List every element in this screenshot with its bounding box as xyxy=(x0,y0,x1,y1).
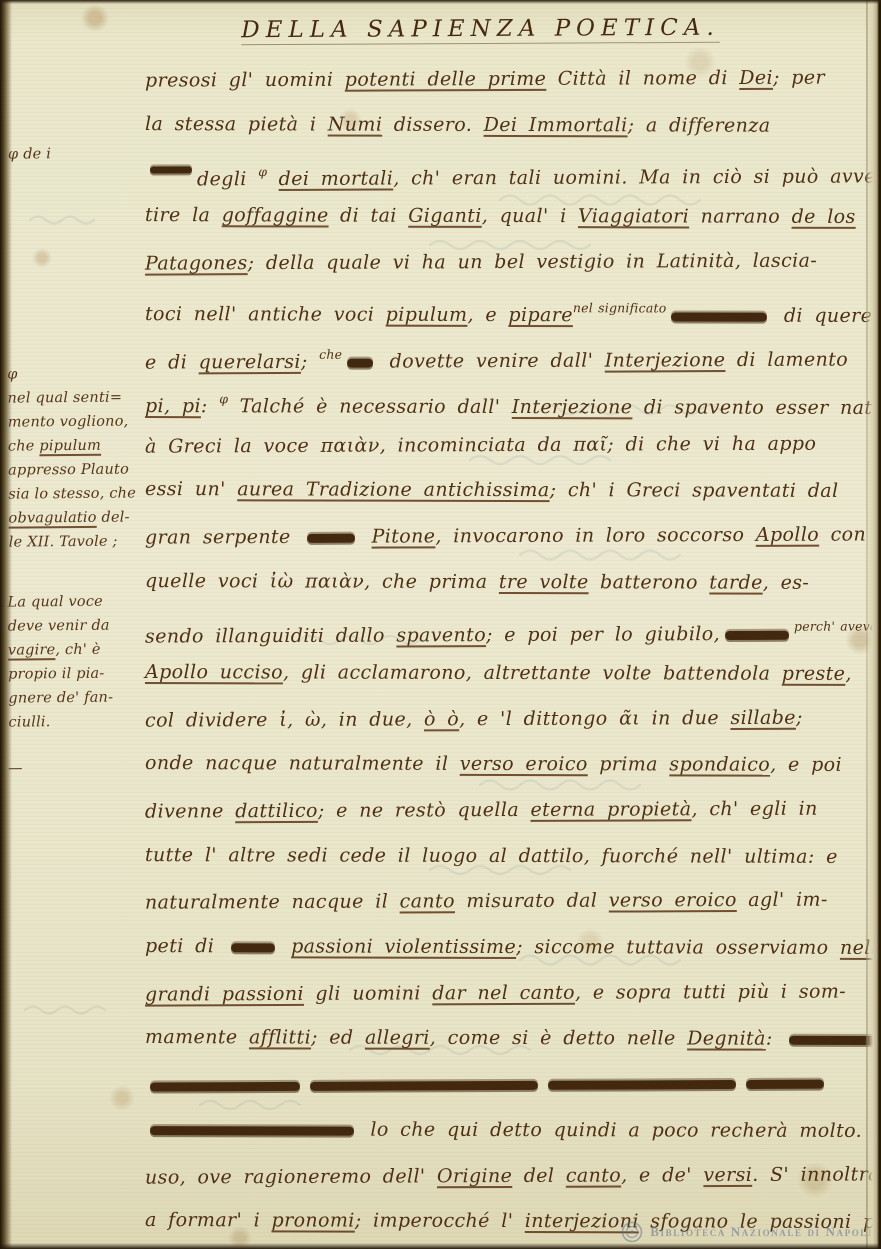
text-segment: ; e ne restò quella xyxy=(318,799,531,822)
ink-blot xyxy=(307,533,355,542)
manuscript-line: uso, ove ragioneremo dell' Origine del c… xyxy=(145,1152,871,1201)
text-segment: dei mortali xyxy=(279,168,394,190)
text-segment: ; e poi per lo giubilo, xyxy=(486,623,720,646)
text-segment: ; xyxy=(301,351,319,373)
manuscript-line: onde nacque naturalmente il verso eroico… xyxy=(145,741,871,789)
manuscript-line: e di querelarsi; che dovette venire dall… xyxy=(145,330,871,379)
text-segment: Viaggiatori xyxy=(578,205,689,227)
text-segment: Origine xyxy=(437,1164,512,1186)
manuscript-line: a formar' i pronomi; imperocché l' inter… xyxy=(145,1198,871,1246)
text-segment: pipulum xyxy=(39,438,101,455)
manuscript-line: sendo illanguiditi dallo spavento; e poi… xyxy=(145,604,871,653)
text-segment: φ xyxy=(258,164,267,179)
margin-note-line: obvagulatio del- xyxy=(8,505,142,530)
text-segment: con xyxy=(819,523,866,545)
margin-note-line: le XII. Tavole ; xyxy=(9,529,143,554)
margin-note-line: φ de i xyxy=(8,141,142,166)
text-segment: prima xyxy=(588,754,670,776)
text-segment: e di xyxy=(145,351,199,373)
text-segment: φ de i xyxy=(8,146,51,162)
text-segment: versi xyxy=(703,1163,752,1185)
manuscript-line: pi, pi: φ Talché è necessario dall' Inte… xyxy=(145,376,871,424)
text-segment: , ch' è xyxy=(55,642,100,658)
margin-note-line: — xyxy=(8,755,142,780)
text-segment: Pitone xyxy=(371,525,435,547)
text-segment xyxy=(280,935,292,957)
text-segment: dattilico xyxy=(235,800,318,822)
ink-blot xyxy=(746,1079,824,1088)
ink-blot xyxy=(548,1080,736,1090)
text-segment: gli uomini xyxy=(304,982,432,1005)
text-segment: Città il nome di xyxy=(546,67,739,90)
text-segment xyxy=(360,525,372,547)
text-segment: Patagones xyxy=(145,252,248,274)
manuscript-line: divenne dattilico; e ne restò quella ete… xyxy=(145,786,871,835)
margin-note-line: ciulli. xyxy=(8,709,142,734)
text-segment: sia lo stesso, che xyxy=(8,485,136,502)
margin-note-line: La qual voce xyxy=(7,589,141,614)
text-segment: potenti delle prime xyxy=(345,68,547,91)
manuscript-line: lo che qui detto quindi a poco recherà m… xyxy=(145,1107,871,1155)
manuscript-line: naturalmente nacque il canto misurato da… xyxy=(145,878,871,927)
text-segment: ; per xyxy=(773,67,825,89)
manuscript-line: quelle voci ἰὼ παιὰν, che prima tre volt… xyxy=(145,559,871,607)
text-segment: gran serpente xyxy=(145,526,302,549)
binding-edge-left xyxy=(0,0,12,1249)
margin-note-line: appresso Plauto xyxy=(8,457,142,482)
ink-blot xyxy=(347,358,373,367)
text-segment: ; imperocché l' xyxy=(355,1210,525,1232)
text-segment: , e xyxy=(467,304,508,326)
text-segment: . S' innoltrarono xyxy=(752,1163,881,1186)
manuscript-body: presosi gl' uomini potenti delle prime C… xyxy=(145,57,871,1245)
text-segment: misurato dal xyxy=(455,890,609,913)
manuscript-line: grandi passioni gli uomini dar nel canto… xyxy=(145,969,871,1018)
text-segment: tire la xyxy=(145,204,222,226)
text-segment: , es- xyxy=(763,571,810,593)
text-segment: dovette venire dall' xyxy=(378,350,605,373)
manuscript-line: col dividere ἰ, ὼ, in due, ὸ ὸ, e 'l dit… xyxy=(145,695,871,744)
margin-note: La qual vocedeve venir davagire, ch' èpr… xyxy=(7,589,142,734)
text-segment: Apollo ucciso xyxy=(145,661,283,683)
manuscript-scan: DELLA SAPIENZA POETICA. presosi gl' uomi… xyxy=(0,0,881,1249)
margin-note: φ de i xyxy=(8,141,142,166)
text-segment: tutte l' altre sedi cede il luogo al dat… xyxy=(145,844,838,868)
text-segment: mamente xyxy=(145,1026,249,1048)
text-segment: , xyxy=(845,663,852,685)
text-segment: onde nacque naturalmente il xyxy=(145,752,460,775)
text-segment: appresso Plauto xyxy=(8,462,129,479)
text-segment: , e poi xyxy=(770,754,842,776)
text-segment: tre volte xyxy=(499,571,589,593)
manuscript-line xyxy=(145,1061,871,1110)
text-segment: col dividere ἰ, ὼ, in due, xyxy=(145,708,424,731)
text-segment: tarde xyxy=(709,571,763,593)
text-segment: ciulli. xyxy=(8,714,50,730)
text-segment: divenne xyxy=(145,800,235,822)
text-segment: canto xyxy=(566,1164,621,1186)
text-segment: degli xyxy=(197,168,258,190)
text-segment: dar nel canto xyxy=(432,981,575,1004)
text-segment: canto xyxy=(400,891,455,913)
text-segment: goffaggine xyxy=(222,204,329,226)
ink-blot xyxy=(725,631,789,640)
text-segment: toci nell' antiche voci xyxy=(145,303,386,326)
text-segment: Apollo xyxy=(756,524,819,546)
text-segment: di lamento xyxy=(725,349,848,372)
text-segment: preste xyxy=(782,663,846,685)
text-segment: Giganti xyxy=(408,205,482,227)
text-segment: lo che qui detto quindi a poco recherà m… xyxy=(359,1118,862,1141)
manuscript-line: presosi gl' uomini potenti delle prime C… xyxy=(145,55,871,104)
text-segment: Talché è necessario dall' xyxy=(228,395,512,418)
text-segment: di spavento esser nata xyxy=(632,396,881,419)
text-segment: , e sopra tutti più i som- xyxy=(575,980,846,1003)
text-segment: verso eroico xyxy=(460,753,588,775)
text-segment xyxy=(267,168,279,190)
text-segment: agl' im- xyxy=(737,889,828,911)
margin-note: φnel qual senti=mento vogliono,che pipul… xyxy=(7,361,143,554)
text-segment: , gli acclamarono, altrettante volte bat… xyxy=(283,661,782,684)
text-segment: mento vogliono, xyxy=(8,414,129,431)
text-segment: batterono xyxy=(589,571,710,593)
manuscript-line: Patagones; della quale vi ha un bel vest… xyxy=(145,238,871,287)
text-segment: ; della quale vi ha un bel vestigio in L… xyxy=(248,249,818,273)
text-segment: Interjezione xyxy=(605,349,726,372)
text-segment: vagire xyxy=(8,642,56,658)
text-segment: ; xyxy=(796,706,803,728)
text-segment: a formar' i xyxy=(145,1209,272,1231)
text-segment: allegri xyxy=(365,1027,430,1049)
text-segment: naturalmente nacque il xyxy=(145,891,400,914)
margin-note-line: gnere de' fan- xyxy=(8,685,142,710)
text-segment: uso, ove ragioneremo dell' xyxy=(145,1165,437,1188)
text-segment: presosi gl' uomini xyxy=(145,69,345,92)
text-segment: sendo illanguiditi dallo xyxy=(145,625,396,648)
manuscript-line: toci nell' antiche voci pipulum, e pipar… xyxy=(145,284,871,332)
manuscript-line: essi un' aurea Tradizione antichissima; … xyxy=(145,467,871,515)
manuscript-line: la stessa pietà i Numi dissero. Dei Immo… xyxy=(145,102,871,150)
text-segment: Dei xyxy=(739,67,773,89)
text-segment: ; ch' i Greci spaventati dal xyxy=(550,479,839,502)
margin-note-line: mento vogliono, xyxy=(8,409,142,434)
text-segment: pronomi xyxy=(272,1210,355,1232)
text-segment: , ch' egli in xyxy=(691,798,817,821)
text-segment: interjezioni xyxy=(525,1210,639,1232)
margin-note-line: sia lo stesso, che xyxy=(8,481,142,506)
ink-blot xyxy=(671,312,767,321)
text-segment: le XII. Tavole ; xyxy=(9,534,118,551)
manuscript-line: à Greci la voce παιὰν, incominciata da π… xyxy=(145,421,871,470)
text-segment: Degnità xyxy=(687,1028,766,1050)
text-segment: φ xyxy=(219,391,228,406)
text-segment: pi, pi xyxy=(145,395,201,417)
margin-note-line: vagire, ch' è xyxy=(8,637,142,662)
text-segment: ὸ ὸ xyxy=(424,708,459,730)
manuscript-line: mamente afflitti; ed allegri, come si è … xyxy=(145,1015,871,1063)
text-segment: pipare xyxy=(508,304,573,326)
manuscript-line: degli φ dei mortali, ch' eran tali uomin… xyxy=(145,147,871,196)
ink-blot xyxy=(150,1125,354,1135)
margin-note-line: deve venir da xyxy=(8,613,142,638)
manuscript-line: peti di passioni violentissime; siccome … xyxy=(145,924,871,972)
text-segment: deve venir da xyxy=(8,618,110,635)
text-segment: verso eroico xyxy=(609,889,737,912)
manuscript-line: gran serpente Pitone, invocarono in loro… xyxy=(145,512,871,561)
text-segment: nel significato xyxy=(573,301,667,316)
text-segment: che xyxy=(8,438,40,454)
text-segment: ; ed xyxy=(311,1027,365,1049)
text-segment: grandi passioni xyxy=(145,983,304,1006)
text-segment: , ch' eran tali uomini. Ma in ciò si può… xyxy=(393,166,881,190)
text-segment: del- xyxy=(97,510,130,526)
margin-note-line: nel qual senti= xyxy=(7,385,141,410)
text-segment: : xyxy=(201,395,219,417)
text-segment: di tai xyxy=(329,205,409,227)
text-segment: , qual' i xyxy=(482,205,578,227)
text-segment: che xyxy=(319,347,342,362)
text-segment: , e de' xyxy=(621,1164,703,1186)
ink-blot xyxy=(150,167,192,174)
text-segment: essi un' xyxy=(145,478,237,500)
text-segment: spondaico xyxy=(669,754,770,776)
text-segment: querelarsi xyxy=(199,351,301,373)
text-segment: ; a differenza xyxy=(628,114,771,136)
text-segment: del xyxy=(512,1164,566,1186)
text-segment: ; siccome tuttavia osserviamo xyxy=(516,936,840,959)
text-segment: , invocarono in loro soccorso xyxy=(435,524,756,547)
text-segment: Numi xyxy=(328,113,383,135)
page-edge-bottom xyxy=(0,1243,881,1249)
margin-note-line: che pipulum xyxy=(8,433,142,458)
text-segment: , come si è detto nelle xyxy=(430,1027,687,1050)
margin-note-line: φ xyxy=(7,361,141,386)
text-segment: , e 'l dittongo ᾶι in due xyxy=(459,707,730,730)
text-segment: obvagulatio xyxy=(8,510,96,527)
manuscript-line: tire la goffaggine di tai Giganti, qual'… xyxy=(145,193,871,241)
text-segment: peti di xyxy=(145,935,226,957)
manuscript-line: tutte l' altre sedi cede il luogo al dat… xyxy=(145,833,871,881)
margin-note-line: propio il pia- xyxy=(8,661,142,686)
manuscript-line: Apollo ucciso, gli acclamarono, altretta… xyxy=(145,650,871,698)
text-segment: quelle voci ἰὼ παιὰν, che prima xyxy=(145,570,499,593)
ink-blot xyxy=(231,943,275,952)
text-segment: dissero. xyxy=(382,113,483,135)
text-segment: narrano xyxy=(689,206,791,228)
text-segment: sfogano le passioni pro- xyxy=(639,1211,881,1234)
text-segment: la stessa pietà i xyxy=(145,113,328,135)
text-segment: spavento xyxy=(396,624,486,646)
text-segment: gnere de' fan- xyxy=(8,690,113,707)
text-segment: La qual voce xyxy=(7,594,103,611)
text-segment: à Greci la voce παιὰν, incominciata da π… xyxy=(145,432,816,457)
text-segment: aurea Tradizione antichissima xyxy=(237,478,549,501)
text-segment: passioni violentissime xyxy=(291,935,516,958)
margin-note: — xyxy=(8,755,142,780)
ink-blot xyxy=(150,1082,300,1092)
ink-blot xyxy=(310,1080,538,1090)
text-segment: afflitti xyxy=(249,1027,311,1049)
text-segment: nel qual senti= xyxy=(7,390,122,407)
text-segment: propio il pia- xyxy=(8,666,104,683)
text-segment: pipulum xyxy=(386,304,468,326)
text-segment: eterna propietà xyxy=(530,798,691,821)
page-edge-right xyxy=(865,0,881,1249)
text-segment: Interjezione xyxy=(512,396,633,418)
text-segment: sillabe xyxy=(730,706,796,728)
text-segment: Dei Immortali xyxy=(484,114,628,136)
text-segment: : xyxy=(766,1028,784,1050)
text-segment: de los xyxy=(792,206,856,228)
page-edge-top xyxy=(0,0,881,4)
page-title: DELLA SAPIENZA POETICA. xyxy=(120,14,841,44)
